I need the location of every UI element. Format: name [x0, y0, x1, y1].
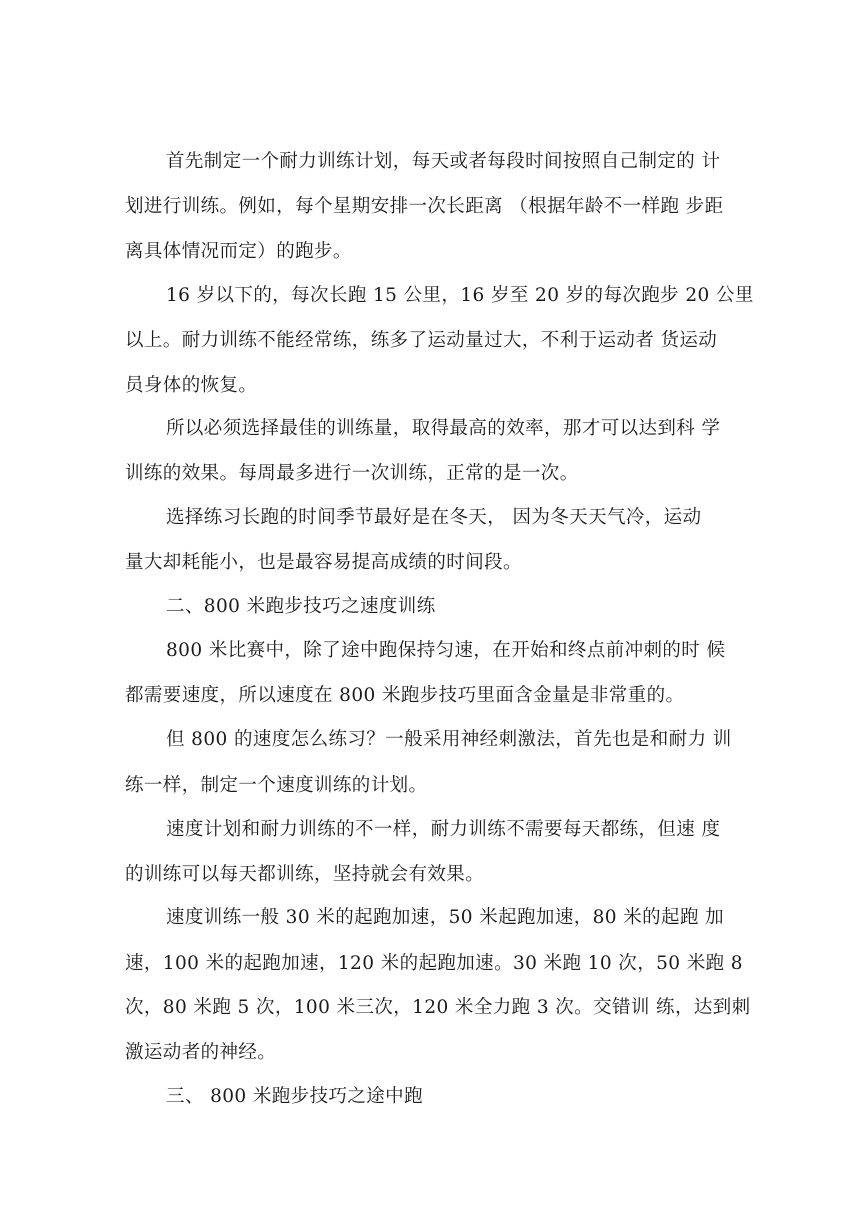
paragraph-line: 次，80 米跑 5 次，100 米三次，120 米全力跑 3 次。交错训 练，达… [125, 995, 735, 1021]
section-heading: 三、 800 米跑步技巧之途中跑 [166, 1084, 736, 1110]
paragraph-line: 选择练习长跑的时间季节最好是在冬天， 因为冬天天气冷，运动 [166, 505, 736, 531]
paragraph-line: 但 800 的速度怎么练习？一般采用神经刺激法，首先也是和耐力 训 [166, 727, 736, 753]
paragraph-line: 激运动者的神经。 [125, 1040, 735, 1066]
paragraph-line: 所以必须选择最佳的训练量，取得最高的效率，那才可以达到科 学 [166, 416, 736, 442]
paragraph-line: 800 米比赛中，除了途中跑保持匀速，在开始和终点前冲刺的时 候 [166, 638, 736, 664]
paragraph-line: 的训练可以每天都训练，坚持就会有效果。 [125, 862, 735, 888]
document-page: 首先制定一个耐力训练计划，每天或者每段时间按照自己制定的 计 划进行训练。例如，… [0, 0, 860, 1218]
paragraph-line: 速度训练一般 30 米的起跑加速，50 米起跑加速，80 米的起跑 加 [166, 905, 736, 931]
paragraph-line: 划进行训练。例如，每个星期安排一次长距离 （根据年龄不一样跑 步距 [125, 194, 735, 220]
paragraph-line: 速度计划和耐力训练的不一样，耐力训练不需要每天都练，但速 度 [166, 817, 736, 843]
paragraph-line: 以上。耐力训练不能经常练，练多了运动量过大，不利于运动者 货运动 [125, 328, 735, 354]
paragraph-line: 训练的效果。每周最多进行一次训练，正常的是一次。 [125, 461, 735, 487]
paragraph-line: 练一样，制定一个速度训练的计划。 [125, 773, 735, 799]
paragraph-line: 16 岁以下的，每次长跑 15 公里，16 岁至 20 岁的每次跑步 20 公里 [166, 283, 736, 309]
paragraph-line: 量大却耗能小，也是最容易提高成绩的时间段。 [125, 550, 735, 576]
paragraph-line: 速，100 米的起跑加速，120 米的起跑加速。30 米跑 10 次，50 米跑… [125, 951, 735, 977]
paragraph-line: 都需要速度，所以速度在 800 米跑步技巧里面含金量是非常重的。 [125, 683, 735, 709]
paragraph-line: 离具体情况而定）的跑步。 [125, 239, 735, 265]
paragraph-line: 首先制定一个耐力训练计划，每天或者每段时间按照自己制定的 计 [166, 149, 736, 175]
section-heading: 二、800 米跑步技巧之速度训练 [166, 594, 736, 620]
paragraph-line: 员身体的恢复。 [125, 373, 735, 399]
